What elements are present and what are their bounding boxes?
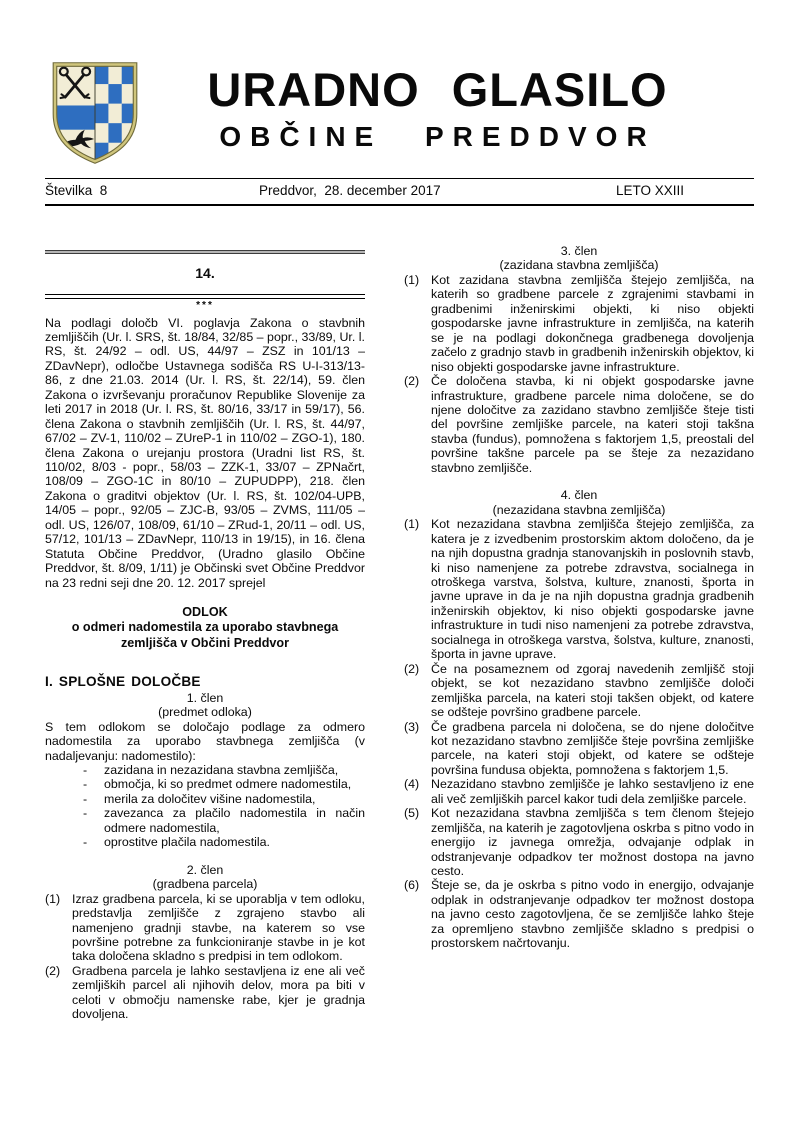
article-2-number: 2. člen (45, 863, 365, 877)
article-paragraph: (5)Kot nezazidana stavbna zemljišča s te… (404, 806, 754, 878)
list-item: -merila za določitev višine nadomestila, (83, 792, 365, 806)
bullet-dash: - (83, 792, 104, 806)
bullet-text: merila za določitev višine nadomestila, (104, 792, 365, 806)
coat-of-arms-icon (45, 58, 145, 166)
article-paragraph: (3)Če gradbena parcela ni določena, se d… (404, 720, 754, 778)
article-paragraph: (4)Nezazidano stavbno zemljišče je lahko… (404, 777, 754, 806)
paragraph-number: (3) (404, 720, 431, 778)
article-1-intro: S tem odlokom se določajo podlage za odm… (45, 720, 365, 763)
masthead-titles: URADNO GLASILO OBČINE PREDDVOR (149, 58, 754, 153)
paragraph-text: Kot nezazidana stavbna zemljišča s tem č… (431, 806, 754, 878)
paragraph-number: (4) (404, 777, 431, 806)
bullet-text: oprostitve plačila nadomestila. (104, 835, 365, 849)
gazette-title: URADNO GLASILO (149, 66, 726, 113)
volume-year: LETO XXIII (616, 183, 684, 198)
gazette-subtitle: OBČINE PREDDVOR (149, 121, 726, 153)
paragraph-text: Izraz gradbena parcela, ki se uporablja … (72, 892, 365, 964)
article-4-heading: 4. člen (nezazidana stavbna zemljišča) (404, 488, 754, 517)
article-paragraph: (2)Če določena stavba, ki ni objekt gosp… (404, 374, 754, 475)
article-1-caption: (predmet odloka) (45, 705, 365, 719)
article-1-number: 1. člen (45, 691, 365, 705)
stars-separator: *** (45, 300, 365, 311)
article-paragraph: (1)Kot zazidana stavbna zemljišča štejej… (404, 273, 754, 374)
issue-number: Številka 8 (45, 183, 107, 198)
bullet-text: območja, ki so predmet odmere nadomestil… (104, 777, 365, 791)
decree-title-line1: ODLOK (45, 605, 365, 620)
gazette-page: URADNO GLASILO OBČINE PREDDVOR Številka … (0, 0, 794, 1123)
article-3-heading: 3. člen (zazidana stavbna zemljišča) (404, 244, 754, 273)
article-2-paragraphs: (1)Izraz gradbena parcela, ki se uporabl… (45, 892, 365, 1022)
paragraph-text: Če na posameznem od zgoraj navedenih zem… (431, 662, 754, 720)
item-divider-double (45, 294, 365, 299)
decree-title-line3: zemljišča v Občini Preddvor (45, 636, 365, 651)
content-columns: 14. *** Na podlagi določb VI. poglavja Z… (45, 244, 754, 1022)
paragraph-text: Kot nezazidana stavbna zemljišča štejejo… (431, 517, 754, 662)
paragraph-text: Kot zazidana stavbna zemljišča štejejo z… (431, 273, 754, 374)
meta-rule-bottom (45, 204, 754, 206)
item-divider-gray (45, 250, 365, 254)
bullet-dash: - (83, 763, 104, 777)
paragraph-number: (2) (404, 374, 431, 475)
paragraph-number: (5) (404, 806, 431, 878)
masthead: URADNO GLASILO OBČINE PREDDVOR (45, 58, 754, 168)
decree-title-line2: o odmeri nadomestila za uporabo stavbneg… (45, 620, 365, 635)
article-2-heading: 2. člen (gradbena parcela) (45, 863, 365, 892)
paragraph-text: Če določena stavba, ki ni objekt gospoda… (431, 374, 754, 475)
article-3-caption: (zazidana stavbna zemljišča) (404, 258, 754, 272)
article-paragraph: (1)Izraz gradbena parcela, ki se uporabl… (45, 892, 365, 964)
paragraph-text: Če gradbena parcela ni določena, se do n… (431, 720, 754, 778)
paragraph-number: (2) (45, 964, 72, 1022)
article-4-caption: (nezazidana stavbna zemljišča) (404, 503, 754, 517)
article-paragraph: (2)Gradbena parcela je lahko sestavljena… (45, 964, 365, 1022)
paragraph-number: (1) (404, 517, 431, 662)
article-3-number: 3. člen (404, 244, 754, 258)
article-1-bullet-list: -zazidana in nezazidana stavbna zemljišč… (45, 763, 365, 850)
article-2-caption: (gradbena parcela) (45, 877, 365, 891)
paragraph-text: Šteje se, da je oskrba s pitno vodo in e… (431, 878, 754, 950)
right-column: 3. člen (zazidana stavbna zemljišča) (1)… (404, 244, 754, 1022)
paragraph-text: Gradbena parcela je lahko sestavljena iz… (72, 964, 365, 1022)
chapter-heading: I. SPLOŠNE DOLOČBE (45, 674, 365, 689)
article-4-number: 4. člen (404, 488, 754, 502)
article-1-heading: 1. člen (predmet odloka) (45, 691, 365, 720)
list-item: -zazidana in nezazidana stavbna zemljišč… (83, 763, 365, 777)
preamble-paragraph: Na podlagi določb VI. poglavja Zakona o … (45, 316, 365, 591)
bullet-text: zazidana in nezazidana stavbna zemljišča… (104, 763, 365, 777)
issue-info-bar: Številka 8 Preddvor, 28. december 2017 L… (45, 179, 754, 204)
left-column: 14. *** Na podlagi določb VI. poglavja Z… (45, 244, 365, 1022)
article-paragraph: (1)Kot nezazidana stavbna zemljišča štej… (404, 517, 754, 662)
item-number: 14. (45, 265, 365, 281)
paragraph-text: Nezazidano stavbno zemljišče je lahko se… (431, 777, 754, 806)
bullet-text: zavezanca za plačilo nadomestila in nači… (104, 806, 365, 835)
bullet-dash: - (83, 806, 104, 835)
paragraph-number: (1) (45, 892, 72, 964)
article-paragraph: (2)Če na posameznem od zgoraj navedenih … (404, 662, 754, 720)
decree-title: ODLOK o odmeri nadomestila za uporabo st… (45, 605, 365, 651)
list-item: -območja, ki so predmet odmere nadomesti… (83, 777, 365, 791)
place-date: Preddvor, 28. december 2017 (259, 183, 441, 198)
paragraph-number: (6) (404, 878, 431, 950)
list-item: -oprostitve plačila nadomestila. (83, 835, 365, 849)
article-4-paragraphs: (1)Kot nezazidana stavbna zemljišča štej… (404, 517, 754, 951)
list-item: -zavezanca za plačilo nadomestila in nač… (83, 806, 365, 835)
bullet-dash: - (83, 777, 104, 791)
bullet-dash: - (83, 835, 104, 849)
article-paragraph: (6)Šteje se, da je oskrba s pitno vodo i… (404, 878, 754, 950)
coat-of-arms-logo (45, 58, 149, 171)
paragraph-number: (1) (404, 273, 431, 374)
article-3-paragraphs: (1)Kot zazidana stavbna zemljišča štejej… (404, 273, 754, 475)
paragraph-number: (2) (404, 662, 431, 720)
